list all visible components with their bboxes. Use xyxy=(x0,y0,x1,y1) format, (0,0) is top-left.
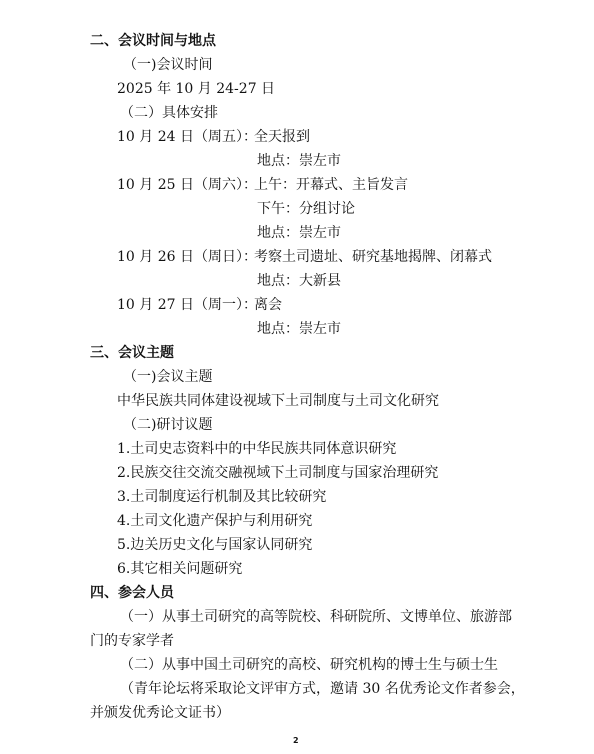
topic-item: 5.边关历史文化与国家认同研究 xyxy=(117,537,312,553)
schedule-item: 上午：开幕式、主旨发言 xyxy=(254,177,408,193)
theme-text: 中华民族共同体建设视域下土司制度与土司文化研究 xyxy=(117,393,439,409)
attendee-note-cont: 并颁发优秀论文证书） xyxy=(90,705,230,721)
schedule-day-1: 10 月 24 日（周五）： xyxy=(117,129,257,145)
schedule-item: 下午：分组讨论 xyxy=(257,201,355,217)
page-number: 2 xyxy=(293,736,299,745)
topic-item: 2.民族交往交流交融视域下土司制度与国家治理研究 xyxy=(117,465,438,481)
section-heading-time-place: 二、会议时间与地点 xyxy=(90,33,216,49)
meeting-date: 2025 年 10 月 24-27 日 xyxy=(117,81,275,97)
schedule-item: 考察土司遗址、研究基地揭牌、闭幕式 xyxy=(254,249,492,265)
section-heading-attendees: 四、参会人员 xyxy=(90,585,174,601)
subheading-theme: （一)会议主题 xyxy=(123,369,212,385)
schedule-day-4: 10 月 27 日（周一）： xyxy=(117,297,257,313)
schedule-day-2: 10 月 25 日（周六）： xyxy=(117,177,257,193)
schedule-location: 地点：崇左市 xyxy=(257,225,341,241)
subheading-meeting-time: （一)会议时间 xyxy=(123,57,212,73)
schedule-item: 离会 xyxy=(254,297,282,313)
schedule-day-3: 10 月 26 日（周日）： xyxy=(117,249,257,265)
schedule-location: 地点：崇左市 xyxy=(257,321,341,337)
attendee-paragraph-1: （一）从事土司研究的高等院校、科研院所、文博单位、旅游部 xyxy=(120,609,512,625)
section-heading-theme: 三、会议主题 xyxy=(90,345,174,361)
subheading-topics: （二)研讨议题 xyxy=(123,417,212,433)
schedule-location: 地点：崇左市 xyxy=(257,153,341,169)
topic-item: 6.其它相关问题研究 xyxy=(117,561,242,577)
subheading-schedule: （二）具体安排 xyxy=(120,105,218,121)
attendee-paragraph-2: （二）从事中国土司研究的高校、研究机构的博士生与硕士生 xyxy=(120,657,498,673)
attendee-paragraph-1-cont: 门的专家学者 xyxy=(90,633,174,649)
attendee-note: （青年论坛将采取论文评审方式，邀请 30 名优秀论文作者参会， xyxy=(120,681,525,697)
topic-item: 3.土司制度运行机制及其比较研究 xyxy=(117,489,326,505)
topic-item: 4.土司文化遗产保护与利用研究 xyxy=(117,513,312,529)
topic-item: 1.土司史志资料中的中华民族共同体意识研究 xyxy=(117,441,396,457)
schedule-location: 地点：大新县 xyxy=(257,273,341,289)
schedule-item: 全天报到 xyxy=(254,129,310,145)
